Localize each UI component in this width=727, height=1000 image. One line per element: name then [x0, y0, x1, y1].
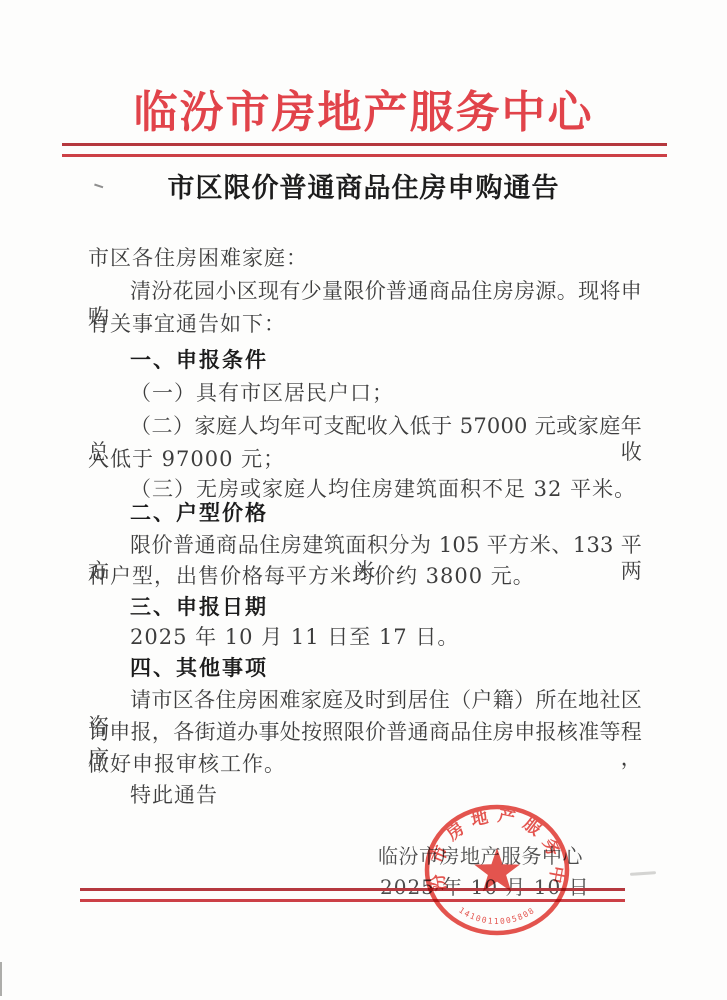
seal-star-icon	[474, 848, 520, 891]
scan-edge-artifact	[0, 962, 2, 996]
body-line: 入低于 97000 元；	[88, 446, 642, 472]
body-line: 2025 年 10 月 11 日至 17 日。	[88, 624, 642, 650]
official-seal: 临汾市房地产服务中心 1410011005808	[410, 795, 590, 955]
letterhead-org-title: 临汾市房地产服务中心	[0, 76, 727, 140]
letterhead-double-rule	[62, 143, 667, 157]
body-line: （三）无房或家庭人均住房建筑面积不足 32 平米。	[88, 476, 642, 502]
seal-code-text: 1410011005808	[457, 906, 537, 926]
section-heading-1: 一、申报条件	[88, 347, 642, 373]
body-line: 做好申报审核工作。	[88, 751, 642, 777]
body-line: 有关事宜通告如下：	[88, 311, 642, 337]
salutation-line: 市区各住房困难家庭：	[88, 245, 642, 271]
scan-smudge-artifact	[630, 871, 656, 876]
notice-title: 市区限价普通商品住房申购通告	[0, 166, 727, 205]
section-heading-2: 二、户型价格	[88, 500, 642, 526]
body-line: 种户型，出售价格每平方米均价约 3800 元。	[88, 563, 642, 589]
section-heading-3: 三、申报日期	[88, 594, 642, 620]
body-line: （一）具有市区居民户口；	[88, 380, 642, 406]
section-heading-4: 四、其他事项	[88, 655, 642, 681]
scanned-notice-page: 临汾市房地产服务中心 市区限价普通商品住房申购通告 市区各住房困难家庭： 清汾花…	[0, 0, 727, 1000]
